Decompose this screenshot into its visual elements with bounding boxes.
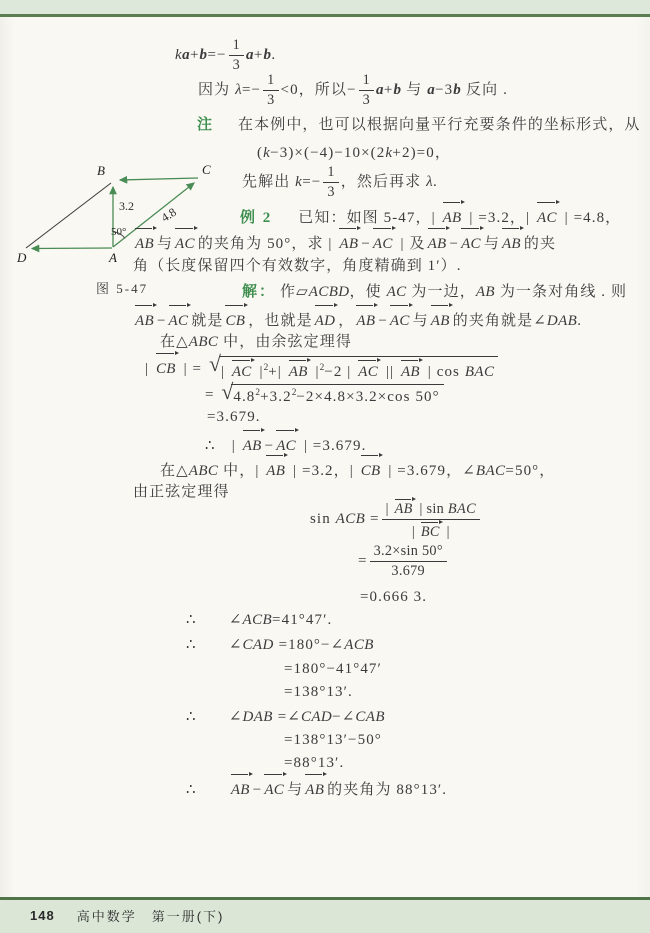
m-r: 与 <box>287 782 303 798</box>
m-r: =3.679. <box>207 409 261 425</box>
m-r: ，然后再求 <box>341 174 426 190</box>
vec: AB <box>265 454 287 485</box>
note-label: 注 <box>197 117 214 133</box>
m-b: b <box>453 82 461 98</box>
frac: 3.2×sin 50°3.679 <box>370 543 447 580</box>
m-r: | <box>443 524 450 540</box>
book-title: 高中数学 第一册(下) <box>77 906 225 925</box>
m-r: 与 <box>401 82 427 98</box>
vertex-label-d: D <box>16 250 27 265</box>
m-r: 1 <box>363 72 370 88</box>
sqrt: √| AC |2+| AB |2−2 | AC || AB | cos BAC <box>209 356 498 383</box>
m-r: 与 <box>413 313 429 329</box>
vec: AB <box>134 304 156 335</box>
m-r: | 及 <box>396 236 426 252</box>
because-lambda-line: 因为 λ=−13<0，所以−13a+b 与 a−3b 反向 . <box>198 72 508 109</box>
m-r: =138°13′. <box>284 684 353 700</box>
m-r: | =3.2，| <box>288 463 358 479</box>
vec: AC <box>357 359 380 383</box>
m-r: =88°13′. <box>284 755 344 771</box>
num: 1 <box>263 72 278 91</box>
m-r: − <box>361 236 371 252</box>
den: 3 <box>359 91 374 109</box>
frac: | AB | sin BAC| BC | <box>382 498 480 541</box>
m-r: 的夹 <box>524 236 556 252</box>
m-r: 与 <box>484 236 500 252</box>
m-b: a <box>376 82 384 98</box>
m-r: =− <box>242 82 261 98</box>
num: 3.2×sin 50° <box>370 543 447 562</box>
m-r: +2)=0， <box>392 145 451 161</box>
m-i: DAB <box>547 313 577 329</box>
note-text: 在本例中，也可以根据向量平行充要条件的坐标形式，从 <box>238 117 641 133</box>
m-r: 3.679 <box>391 563 425 579</box>
m-i: ABC <box>189 463 219 479</box>
vec: CB <box>155 352 178 383</box>
m-r: −3)×(−4)−10×(2 <box>270 145 385 161</box>
m-r: +| <box>268 364 287 380</box>
m-r: =50°， <box>505 463 555 479</box>
m-r: ∴ | <box>205 438 241 454</box>
m-r: = <box>358 553 368 569</box>
num: 1 <box>229 37 244 56</box>
m-i: AC <box>387 284 407 300</box>
m-r: | =3.679. <box>299 438 366 454</box>
m-r: sin <box>310 511 336 527</box>
vec: AC <box>231 359 254 383</box>
m-r: 由正弦定理得 <box>133 484 230 500</box>
vec: CB <box>360 454 383 485</box>
sine-formula-line3: =0.666 3. <box>360 583 427 611</box>
frac: 13 <box>263 72 278 109</box>
coordinate-form-equation: (k−3)×(−4)−10×(2k+2)=0， <box>257 139 451 167</box>
m-i: ACBD <box>309 284 350 300</box>
rc: 4.82+3.22−2×4.8×3.2×cos 50° <box>231 384 443 408</box>
vector-cb-arrow <box>120 178 198 180</box>
m-r: . <box>577 313 582 329</box>
m-r: | =4.8， <box>560 210 622 226</box>
m-r: − <box>378 313 388 329</box>
m-r: − <box>450 236 460 252</box>
vec: BC <box>420 521 442 541</box>
example2-line3: 角（长度保留四个有效数字，角度精确到 1′）. <box>133 252 462 280</box>
m-r: ，使 <box>350 284 387 300</box>
vertex-label-c: C <box>202 162 211 177</box>
m-r: | sin <box>416 501 448 517</box>
m-r: 就是 <box>191 313 223 329</box>
m-r: ∴ ∠ <box>186 637 243 653</box>
m-i: ACB <box>336 511 366 527</box>
page-footer: 148 高中数学 第一册(下) <box>30 906 224 925</box>
solve-k-line: 先解出 k=−13，然后再求 λ. <box>242 164 438 201</box>
m-r: ∴ ∠ <box>186 709 243 725</box>
m-i: AB <box>476 284 495 300</box>
m-r: | <box>386 501 393 517</box>
m-r: | <box>145 361 154 377</box>
m-r: . <box>271 47 276 63</box>
m-r: 在△ <box>160 463 189 479</box>
m-r: | <box>255 364 264 380</box>
den: | BC | <box>408 520 454 541</box>
m-r: =− <box>207 47 226 63</box>
m-r: 1 <box>233 37 240 53</box>
m-r: =180°−∠ <box>274 637 345 653</box>
vec: AB <box>288 359 310 383</box>
m-r: =∠ <box>273 709 301 725</box>
m-r: =180°−41°47′ <box>284 661 382 677</box>
m-r: 1 <box>267 72 274 88</box>
top-rule <box>0 14 650 17</box>
m-r: || <box>381 364 399 380</box>
vertex-label-b: B <box>97 163 105 178</box>
m-r: 为一条对角线 . 则 <box>495 284 627 300</box>
vertex-label-a: A <box>108 250 117 265</box>
note-line: 注在本例中，也可以根据向量平行充要条件的坐标形式，从 <box>197 111 641 139</box>
m-r: =0.666 3. <box>360 589 427 605</box>
sine-intro-line: 由正弦定理得 <box>133 478 230 506</box>
solution-label: 解： <box>242 284 276 300</box>
vec: AC <box>389 304 412 335</box>
vec: AB <box>230 773 252 804</box>
m-r: 3 <box>267 92 274 108</box>
angle-cad-line3: =138°13′. <box>284 678 353 706</box>
m-r: 已知：如图 5-47，| <box>298 210 440 226</box>
m-r: <0，所以− <box>281 82 357 98</box>
m-r: ，也就是 <box>248 313 312 329</box>
m-r: =138°13′−50° <box>284 732 382 748</box>
m-i: λ <box>235 82 242 98</box>
example2-label: 例 2 <box>240 210 272 226</box>
m-r: 与 <box>157 236 173 252</box>
m-r: 中，| <box>218 463 264 479</box>
solution-line1: 解：作▱ACBD，使 AC 为一边，AB 为一条对角线 . 则 <box>242 278 627 306</box>
m-r: 3.2×sin 50° <box>374 543 443 559</box>
m-r: 的夹角为 88°13′. <box>327 782 447 798</box>
m-r: 先解出 <box>242 174 295 190</box>
equation-ka-b: ka+b=−13a+b. <box>175 37 276 74</box>
m-r: −2×4.8×3.2×cos 50° <box>296 389 439 405</box>
m-r: | cos <box>423 364 465 380</box>
vec: AB <box>304 773 326 804</box>
m-i: BAC <box>448 501 476 517</box>
vec: AC <box>263 773 286 804</box>
m-r: | =3.2，| <box>465 210 535 226</box>
rc: | AC |2+| AB |2−2 | AC || AB | cos BAC <box>219 356 498 383</box>
m-r: 为一边， <box>407 284 476 300</box>
m-i: BAC <box>476 463 506 479</box>
m-i: CAD <box>243 637 274 653</box>
frac: 13 <box>359 72 374 109</box>
vec: AC <box>460 227 483 258</box>
cosine-formula-line3: =3.679. <box>207 403 261 431</box>
m-i: ACB <box>344 637 374 653</box>
den: 3 <box>263 91 278 109</box>
frac: 13 <box>323 164 338 201</box>
figure-caption: 图 5-47 <box>96 278 148 297</box>
m-i: BAC <box>465 364 495 380</box>
rs: √ <box>221 382 233 404</box>
vec: AB <box>394 498 415 518</box>
m-r: = <box>365 511 379 527</box>
sine-formula-line2: =3.2×sin 50°3.679 <box>358 543 449 580</box>
edge-db <box>26 183 111 248</box>
frac: 13 <box>229 37 244 74</box>
m-r: 反向 . <box>461 82 508 98</box>
den: 3.679 <box>387 562 429 580</box>
m-r: 因为 <box>198 82 235 98</box>
m-r: | = <box>179 361 207 377</box>
page-number: 148 <box>30 908 55 923</box>
m-r: − <box>157 313 167 329</box>
m-r: =41°47′. <box>272 612 332 628</box>
num: 1 <box>323 164 338 183</box>
m-r: . <box>433 174 438 190</box>
top-band <box>0 0 650 14</box>
vec: AB <box>355 304 377 335</box>
m-r: −∠ <box>332 709 355 725</box>
m-r: 中，由余弦定理得 <box>218 334 352 350</box>
m-b: a <box>246 47 254 63</box>
m-r: 的夹角就是∠ <box>453 313 547 329</box>
vec: AB <box>501 227 523 258</box>
m-i: ACB <box>243 612 273 628</box>
m-i: ABC <box>189 334 219 350</box>
textbook-page: B C D A 3.2 4.8 50° 图 5-47 ka+b=−13a+b. … <box>0 0 650 933</box>
m-b: a <box>182 47 190 63</box>
m-r: 的夹角为 50°，求 | <box>198 236 338 252</box>
m-r: | <box>311 364 320 380</box>
m-r: − <box>265 438 275 454</box>
m-r: 在△ <box>160 334 189 350</box>
solution-text: 作▱ACBD，使 AC 为一边，AB 为一条对角线 . 则 <box>280 284 627 300</box>
m-b: a <box>427 82 435 98</box>
rs: √ <box>209 354 221 376</box>
vec: AB <box>400 359 422 383</box>
vec: AB <box>430 304 452 335</box>
m-i: λ <box>426 174 433 190</box>
m-r: | <box>221 364 230 380</box>
m-i: CAB <box>355 709 385 725</box>
m-r: 3 <box>233 57 240 73</box>
m-r: − <box>253 782 263 798</box>
example2-text: 已知：如图 5-47，| AB | =3.2，| AC | =4.8， <box>298 210 621 226</box>
m-r: + <box>190 47 200 63</box>
m-r: | =3.679，∠ <box>383 463 475 479</box>
m-r: = <box>205 387 219 403</box>
m-r: 3 <box>363 92 370 108</box>
m-i: k <box>175 47 182 63</box>
num: | AB | sin BAC <box>382 498 480 520</box>
m-r: +3.2 <box>260 389 292 405</box>
angle-label: 50° <box>111 226 126 238</box>
m-r: 在本例中，也可以根据向量平行充要条件的坐标形式，从 <box>238 117 641 133</box>
conclusion-line: ∴ AB−AC与AB的夹角为 88°13′. <box>186 773 447 804</box>
m-r: ∴ <box>186 782 229 798</box>
length-label-ab: 3.2 <box>119 199 134 213</box>
m-r: 1 <box>327 164 334 180</box>
m-r: | <box>412 524 419 540</box>
vector-ad-arrow <box>32 248 112 249</box>
den: 3 <box>323 183 338 201</box>
m-r: −2 | <box>324 364 356 380</box>
m-i: DAB <box>243 709 273 725</box>
num: 1 <box>359 72 374 91</box>
m-r: 角（长度保留四个有效数字，角度精确到 1′）. <box>133 258 462 274</box>
cosine-formula-line1: | CB | = √| AC |2+| AB |2−2 | AC || AB |… <box>145 352 498 383</box>
sine-formula-line1: sin ACB =| AB | sin BAC| BC | <box>310 498 482 541</box>
m-r: 3 <box>327 184 334 200</box>
angle-acb-line: ∴ ∠ACB=41°47′. <box>186 606 332 634</box>
m-r: 作▱ <box>280 284 309 300</box>
m-r: ∴ ∠ <box>186 612 243 628</box>
m-r: ， <box>338 313 354 329</box>
m-r: =− <box>302 174 321 190</box>
m-r: −3 <box>435 82 453 98</box>
m-i: CAD <box>301 709 332 725</box>
